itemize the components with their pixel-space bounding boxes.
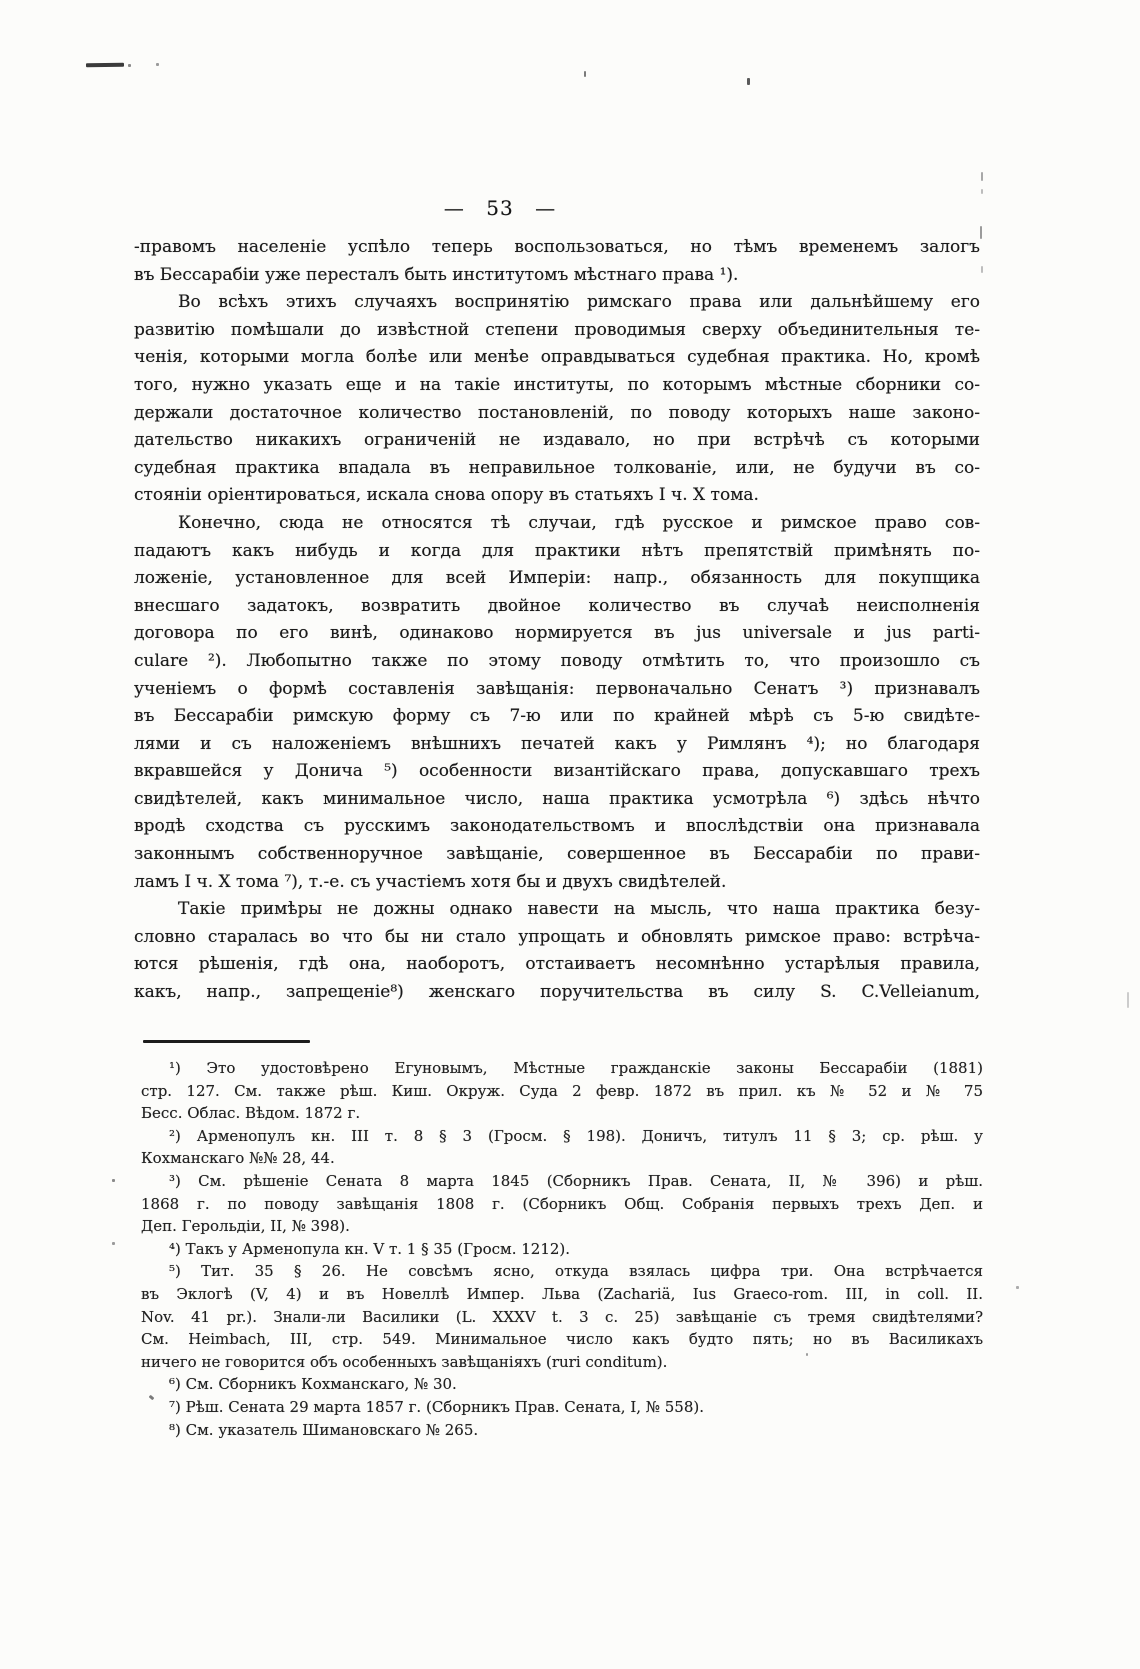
scan-artifact-tick (981, 266, 983, 273)
body-line: стояніи оріентироваться, искала снова оп… (134, 482, 980, 510)
scan-artifact-speck (112, 1242, 115, 1245)
page-number-header: — 53 — (0, 196, 1000, 220)
body-line: вродѣ сходства съ русскимъ законодательс… (134, 813, 980, 841)
body-line: дательство никакихъ ограниченій не издав… (134, 427, 980, 455)
footnote-line: стр. 127. См. также рѣш. Киш. Окруж. Суд… (141, 1080, 983, 1103)
body-text: -правомъ населеніе успѣло теперь восполь… (134, 234, 980, 1007)
footnotes-section: ¹) Это удостовѣрено Егуновымъ, Мѣстные г… (141, 1057, 983, 1441)
body-line: держали достаточное количество постановл… (134, 400, 980, 428)
footnote-line: ⁵) Тит. 35 § 26. Не совсѣмъ ясно, откуда… (141, 1260, 983, 1283)
footnote-line: ⁸) См. указатель Шимановскаго № 265. (141, 1419, 983, 1442)
body-line: вкравшейся у Донича ⁵) особенности визан… (134, 758, 980, 786)
body-line: Во всѣхъ этихъ случаяхъ воспринятію римс… (134, 289, 980, 317)
scan-artifact-speck (112, 1179, 115, 1182)
body-line: ются рѣшенія, гдѣ она, наоборотъ, отстаи… (134, 951, 980, 979)
scan-artifact-speck (128, 64, 131, 67)
body-line: въ Бессарабіи уже пересталъ быть институ… (134, 262, 980, 290)
footnote-line: 1868 г. по поводу завѣщанія 1808 г. (Сбо… (141, 1193, 983, 1216)
body-line: того, нужно указать еще и на такіе инсти… (134, 372, 980, 400)
body-line: внесшаго задатокъ, возвратить двойное ко… (134, 593, 980, 621)
footnote-line: Деп. Герольдіи, II, № 398). (141, 1215, 983, 1238)
body-line: словно старалась во что бы ни стало упро… (134, 924, 980, 952)
body-line: culare ²). Любопытно также по этому пово… (134, 648, 980, 676)
body-line: -правомъ населеніе успѣло теперь восполь… (134, 234, 980, 262)
scan-artifact-tick (980, 226, 982, 239)
body-line: законнымъ собственноручное завѣщаніе, со… (134, 841, 980, 869)
scan-artifact-speck (806, 1353, 808, 1356)
footnote-separator (143, 1040, 310, 1043)
body-line: ученіемъ о формѣ составленія завѣщанія: … (134, 676, 980, 704)
body-line: Такіе примѣры не дожны однако навести на… (134, 896, 980, 924)
body-line: лями и съ наложеніемъ внѣшнихъ печатей к… (134, 731, 980, 759)
body-line: какъ, напр., запрещеніе⁸) женскаго поруч… (134, 979, 980, 1007)
footnote-line: ¹) Это удостовѣрено Егуновымъ, Мѣстные г… (141, 1057, 983, 1080)
body-line: въ Бессарабіи римскую форму съ 7-ю или п… (134, 703, 980, 731)
body-line: ченія, которыми могла болѣе или менѣе оп… (134, 344, 980, 372)
scanned-page: — 53 — -правомъ населеніе успѣло теперь … (0, 0, 1140, 1669)
footnote-line: Бесс. Облас. Вѣдом. 1872 г. (141, 1102, 983, 1125)
footnote-line: Кохманскаго №№ 28, 44. (141, 1147, 983, 1170)
scan-artifact-tick (981, 172, 983, 181)
footnote-line: ⁷) Рѣш. Сената 29 марта 1857 г. (Сборник… (141, 1396, 983, 1419)
footnote-line: Nov. 41 pr.). Знали-ли Василики (L. XXXV… (141, 1306, 983, 1329)
footnote-line: ²) Арменопулъ кн. III т. 8 § 3 (Гросм. §… (141, 1125, 983, 1148)
footnote-line: ничего не говорится объ особенныхъ завѣщ… (141, 1351, 983, 1374)
scan-artifact-dash (86, 63, 124, 67)
footnote-line: ⁶) См. Сборникъ Кохманскаго, № 30. (141, 1373, 983, 1396)
body-line: свидѣтелей, какъ минимальное число, наша… (134, 786, 980, 814)
footnote-line: См. Heimbach, III, стр. 549. Минимальное… (141, 1328, 983, 1351)
scan-artifact-speck (584, 71, 586, 77)
scan-artifact-speck (747, 78, 750, 85)
body-line: развитію помѣшали до извѣстной степени п… (134, 317, 980, 345)
footnote-line: ⁴) Такъ у Арменопула кн. V т. 1 § 35 (Гр… (141, 1238, 983, 1261)
scan-artifact-tick (981, 189, 983, 194)
footnote-line: въ Эклогѣ (V, 4) и въ Новеллѣ Импер. Льв… (141, 1283, 983, 1306)
body-line: падаютъ какъ нибудь и когда для практики… (134, 538, 980, 566)
body-line: ложеніе, установленное для всей Имперіи:… (134, 565, 980, 593)
body-line: ламъ I ч. X тома ⁷), т.-е. съ участіемъ … (134, 869, 980, 897)
body-line: Конечно, сюда не относятся тѣ случаи, гд… (134, 510, 980, 538)
body-line: судебная практика впадала въ неправильно… (134, 455, 980, 483)
scan-artifact-speck (156, 63, 159, 66)
scan-artifact-tick (1127, 992, 1129, 1008)
body-line: договора по его винѣ, одинаково нормируе… (134, 620, 980, 648)
footnote-line: ³) См. рѣшеніе Сената 8 марта 1845 (Сбор… (141, 1170, 983, 1193)
scan-artifact-speck (1016, 1286, 1019, 1289)
